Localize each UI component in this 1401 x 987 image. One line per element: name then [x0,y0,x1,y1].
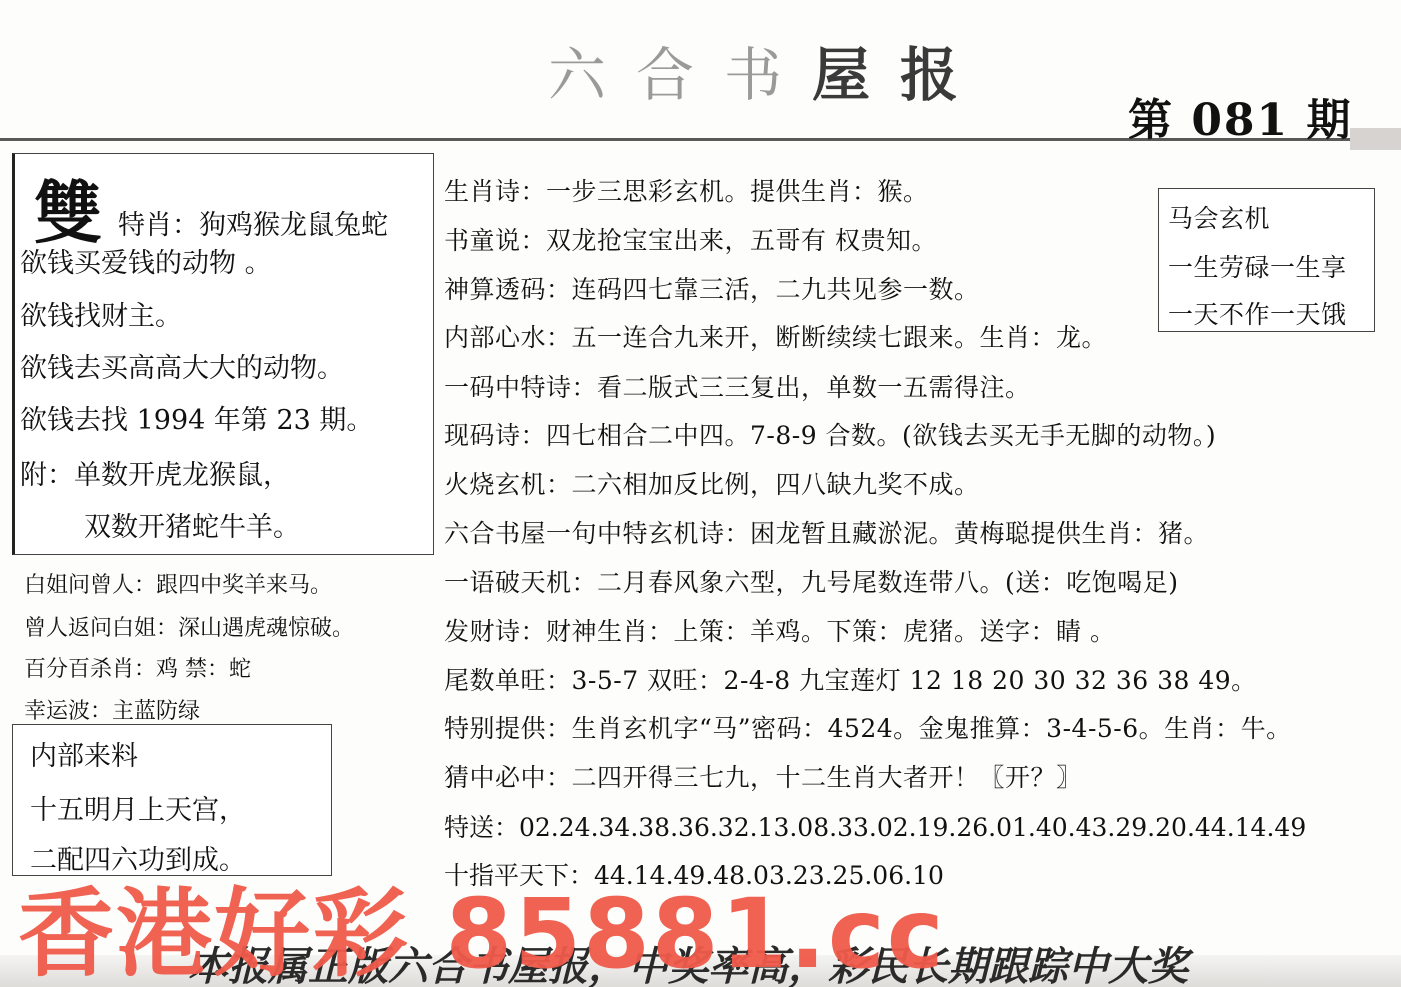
one-word-secret: 一语破天机：二月春风象六型，九号尾数连带八。(送：吃饱喝足) [444,563,1179,599]
box-line: 欲钱去找 1994 年第 23 期。 [20,398,373,437]
header-divider-edge [1350,128,1401,150]
book-boy-says: 书童说：双龙抢宝宝出来，五哥有 权贵知。 [444,221,937,257]
inside-pick: 内部心水：五一连合九来开，断断续续七跟来。生肖：龙。 [444,318,1107,354]
header-divider [0,138,1350,141]
newspaper-title: 六合书屋报 [548,28,988,112]
special-numbers: 特送：02.24.34.38.36.32.13.08.33.02.19.26.0… [444,808,1306,844]
inner-box-title: 内部来料 [30,734,138,773]
guess-line: 猜中必中：二四开得三七九，十二生肖大者开！〖开？〗 [444,758,1082,794]
box-line: 附：单数开虎龙猴鼠， [20,453,290,492]
horse-box-line: 一天不作一天饿 [1168,295,1347,331]
divine-code: 神算透码：连码四七靠三活，二九共见参一数。 [444,270,980,306]
current-code-poem: 现码诗：四七相合二中四。7-8-9 合数。(欲钱去买无手无脚的动物。) [444,416,1216,452]
zodiac-poem: 生肖诗：一步三思彩玄机。提供生肖：猴。 [444,172,929,208]
box-line: 欲钱去买高高大大的动物。 [20,346,344,385]
note-line: 白姐问曾人：跟四中奖羊来马。 [24,568,332,599]
inner-box-line: 十五明月上天宫， [30,788,246,827]
box-line: 双数开猪蛇牛羊。 [84,505,300,544]
box-line: 欲钱买爱钱的动物 。 [20,241,272,280]
tail-numbers: 尾数单旺：3-5-7 双旺：2-4-8 九宝莲灯 12 18 20 30 32 … [444,661,1257,697]
note-line: 曾人返问白姐：深山遇虎魂惊破。 [24,611,354,642]
note-line: 百分百杀肖：鸡 禁：蛇 [24,652,251,683]
fortune-poem: 发财诗：财神生肖：上策：羊鸡。下策：虎猪。送字：睛 。 [444,612,1115,648]
title-light-part: 六合书 [548,41,812,109]
one-code-poem: 一码中特诗：看二版式三三复出，单数一五需得注。 [444,368,1031,404]
site-watermark: 香港好彩 85881.cc [18,858,946,987]
title-dark-part: 屋报 [812,41,988,109]
special-zodiac-line: 特肖：狗鸡猴龙鼠兔蛇 [118,203,388,242]
horse-box-title: 马会玄机 [1168,199,1270,235]
bookhouse-poem: 六合书屋一句中特玄机诗：困龙暂且藏淤泥。黄梅聪提供生肖：猪。 [444,514,1209,550]
horse-box-line: 一生劳碌一生享 [1168,248,1347,284]
note-line: 幸运波：主蓝防绿 [24,694,200,725]
box-line: 欲钱找财主。 [20,294,182,333]
special-offer: 特别提供：生肖玄机字“马”密码：4524。金鬼推算：3-4-5-6。生肖：牛。 [444,709,1292,745]
fire-mystery: 火烧玄机：二六相加反比例，四八缺九奖不成。 [444,465,980,501]
